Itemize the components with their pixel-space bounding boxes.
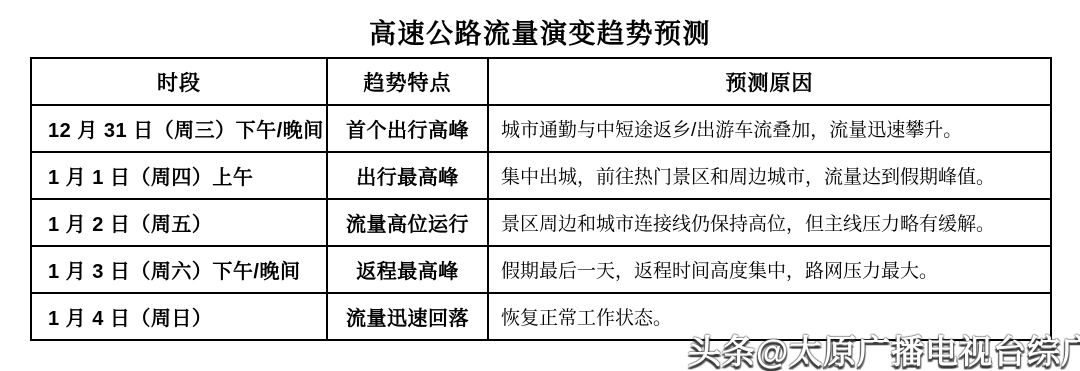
period-cell: 1 月 4 日（周日） bbox=[31, 293, 327, 340]
table-row: 1 月 2 日（周五） 流量高位运行 景区周边和城市连接线仍保持高位，但主线压力… bbox=[31, 199, 1051, 246]
trend-cell: 流量迅速回落 bbox=[327, 293, 488, 340]
table-row: 1 月 1 日（周四）上午 出行最高峰 集中出城，前往热门景区和周边城市，流量达… bbox=[31, 152, 1051, 199]
table-row: 1 月 4 日（周日） 流量迅速回落 恢复正常工作状态。 bbox=[31, 293, 1051, 340]
trend-cell: 返程最高峰 bbox=[327, 246, 488, 293]
column-header-trend: 趋势特点 bbox=[327, 58, 488, 105]
table-row: 1 月 3 日（周六）下午/晚间 返程最高峰 假期最后一天，返程时间高度集中，路… bbox=[31, 246, 1051, 293]
page: 高速公路流量演变趋势预测 时段 趋势特点 预测原因 12 月 31 日（周三）下… bbox=[0, 0, 1080, 371]
trend-cell: 流量高位运行 bbox=[327, 199, 488, 246]
trend-cell: 出行最高峰 bbox=[327, 152, 488, 199]
period-cell: 1 月 1 日（周四）上午 bbox=[31, 152, 327, 199]
reason-cell: 景区周边和城市连接线仍保持高位，但主线压力略有缓解。 bbox=[488, 199, 1051, 246]
period-cell: 1 月 2 日（周五） bbox=[31, 199, 327, 246]
column-header-reason: 预测原因 bbox=[488, 58, 1051, 105]
column-header-period: 时段 bbox=[31, 58, 327, 105]
page-title: 高速公路流量演变趋势预测 bbox=[0, 12, 1080, 51]
traffic-forecast-table: 时段 趋势特点 预测原因 12 月 31 日（周三）下午/晚间 首个出行高峰 城… bbox=[30, 57, 1052, 341]
reason-cell: 集中出城，前往热门景区和周边城市，流量达到假期峰值。 bbox=[488, 152, 1051, 199]
reason-cell: 假期最后一天，返程时间高度集中，路网压力最大。 bbox=[488, 246, 1051, 293]
reason-cell: 恢复正常工作状态。 bbox=[488, 293, 1051, 340]
table-header-row: 时段 趋势特点 预测原因 bbox=[31, 58, 1051, 105]
period-cell: 1 月 3 日（周六）下午/晚间 bbox=[31, 246, 327, 293]
period-cell: 12 月 31 日（周三）下午/晚间 bbox=[31, 105, 327, 152]
table-row: 12 月 31 日（周三）下午/晚间 首个出行高峰 城市通勤与中短途返乡/出游车… bbox=[31, 105, 1051, 152]
reason-cell: 城市通勤与中短途返乡/出游车流叠加，流量迅速攀升。 bbox=[488, 105, 1051, 152]
trend-cell: 首个出行高峰 bbox=[327, 105, 488, 152]
